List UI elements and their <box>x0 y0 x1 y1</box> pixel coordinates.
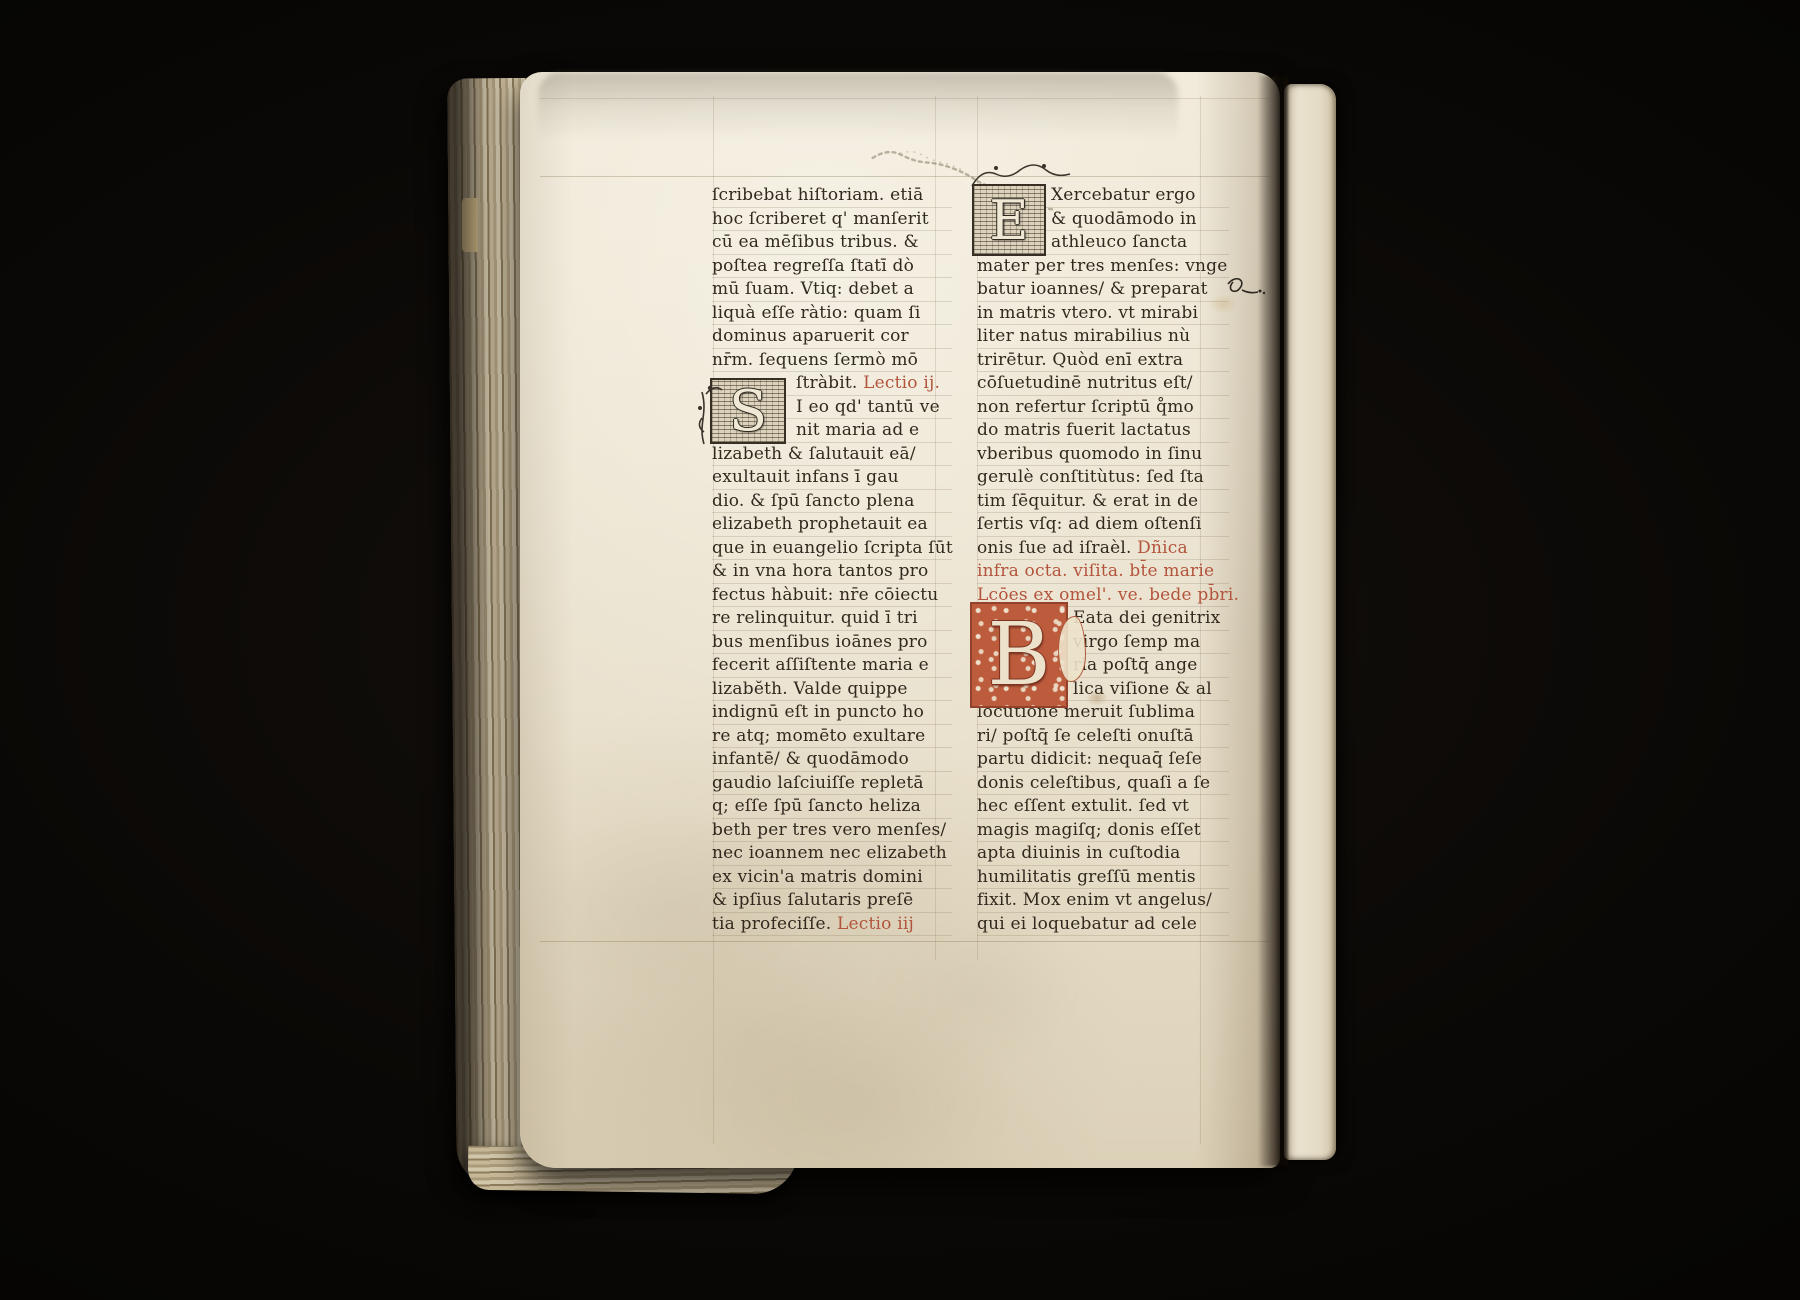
rubric-text: Dñica <box>1137 538 1188 558</box>
text-line: onis ſue ad iſraèl. Dñica <box>977 537 1229 561</box>
text-line: bus menſibus ioānes pro <box>712 631 952 655</box>
body-text: q; eſſe ſpū ſancto heliza <box>712 796 921 816</box>
body-text: poſtea regreſſa ſtatī dò <box>712 256 914 276</box>
rubric-text: Lectio ij. <box>863 373 940 393</box>
body-text: Eata dei genitrix <box>1073 608 1220 628</box>
body-text: non refertur ſcriptū q̊mo <box>977 397 1194 417</box>
body-text: dio. & ſpū ſancto plena <box>712 491 915 511</box>
body-text: & ipſius ſalutaris preſē <box>712 890 913 910</box>
text-line: poſtea regreſſa ſtatī dò <box>712 255 952 279</box>
text-line: batur ioannes/ & preparat <box>977 278 1229 302</box>
decorated-initial-S: S <box>710 378 786 444</box>
text-line: re relinquitur. quid ī tri <box>712 607 952 631</box>
body-text: trirētur. Quòd enī extra <box>977 350 1183 370</box>
ruling-line-top-margin <box>540 98 1270 99</box>
marginal-flourish <box>1226 272 1266 298</box>
text-line: gaudio laſciuiſſe repletā <box>712 772 952 796</box>
text-column-right: Xercebatur ergo& quodāmodo inathleuco ſa… <box>977 184 1229 936</box>
body-text: que in euangelio ſcripta ſūt <box>712 538 953 558</box>
text-line: trirētur. Quòd enī extra <box>977 349 1229 373</box>
text-line: lizabĕth. Valde quippe <box>712 678 952 702</box>
body-text: batur ioannes/ & preparat <box>977 279 1208 299</box>
body-text: indignū eſt in puncto ho <box>712 702 924 722</box>
initial-letter: S <box>729 379 767 444</box>
body-text: mū ſuam. Vtiq: debet a <box>712 279 914 299</box>
body-text: nr̄m. ſequens ſermò mō <box>712 350 918 370</box>
manuscript-page: ſcribebat hiſtoriam. etiāhoc ſcriberet q… <box>520 72 1280 1168</box>
body-text: bus menſibus ioānes pro <box>712 632 928 652</box>
text-line: humilitatis greſſū mentis <box>977 866 1229 890</box>
body-text: tim ſēquitur. & erat in de <box>977 491 1198 511</box>
body-text: lizabeth & ſalutauit eā/ <box>712 444 916 464</box>
text-line: ri/ poſtq̄ ſe celeſti onuſtā <box>977 725 1229 749</box>
text-line: que in euangelio ſcripta ſūt <box>712 537 952 561</box>
rubric-text: infra octa. viſita. bt̄e marie <box>977 561 1214 581</box>
text-line: gerulè conſtitùtus: ſed ſta <box>977 466 1229 490</box>
body-text: beth per tres vero menſes/ <box>712 820 946 840</box>
text-line: lizabeth & ſalutauit eā/ <box>712 443 952 467</box>
body-text: donis celeſtibus, quaſi a ſe <box>977 773 1210 793</box>
body-text: elizabeth prophetauit ea <box>712 514 928 534</box>
body-text: apta diuinis in cuſtodia <box>977 843 1180 863</box>
text-line: mū ſuam. Vtiq: debet a <box>712 278 952 302</box>
text-line: cū ea mēſibus tribus. & <box>712 231 952 255</box>
text-line: nr̄m. ſequens ſermò mō <box>712 349 952 373</box>
text-line: infra octa. viſita. bt̄e marie <box>977 560 1229 584</box>
text-line: q; eſſe ſpū ſancto heliza <box>712 795 952 819</box>
body-text: liquà eſſe ràtio: quam ſi <box>712 303 920 323</box>
body-text: fixit. Mox enim vt angelus/ <box>977 890 1212 910</box>
text-line: nec ioannem nec elizabeth <box>712 842 952 866</box>
text-line: dio. & ſpū ſancto plena <box>712 490 952 514</box>
body-text: re relinquitur. quid ī tri <box>712 608 918 628</box>
text-line: & in vna hora tantos pro <box>712 560 952 584</box>
body-text: fecerit aſſiſtente maria e <box>712 655 929 675</box>
body-text: exultauit infans ī gau <box>712 467 899 487</box>
decorated-initial-E: E <box>972 184 1046 256</box>
body-text: ri/ poſtq̄ ſe celeſti onuſtā <box>977 726 1194 746</box>
text-line: re atq; momēto exultare <box>712 725 952 749</box>
text-line: fectus hàbuit: nr̄e cōiectu <box>712 584 952 608</box>
body-text: lizabĕth. Valde quippe <box>712 679 908 699</box>
text-line: cōſuetudinē nutritus eſt/ <box>977 372 1229 396</box>
text-line: partu didicit: nequaq̄ ſeſe <box>977 748 1229 772</box>
text-line: ex vicin'a matris domini <box>712 866 952 890</box>
text-line: hec eſſent extulit. ſed vt <box>977 795 1229 819</box>
body-text: lica viſione & al <box>1073 679 1212 699</box>
text-line: dominus aparuerit cor <box>712 325 952 349</box>
text-line: fecerit aſſiſtente maria e <box>712 654 952 678</box>
body-text: tia profeciſſe. <box>712 914 837 934</box>
body-text: ex vicin'a matris domini <box>712 867 923 887</box>
body-text: cū ea mēſibus tribus. & <box>712 232 919 252</box>
text-line: in matris vtero. vt mirabi <box>977 302 1229 326</box>
body-text: ſertis vſq: ad diem oſtenſi <box>977 514 1202 534</box>
text-line: apta diuinis in cuſtodia <box>977 842 1229 866</box>
facing-page-edge <box>1284 84 1336 1160</box>
body-text: do matris fuerit lactatus <box>977 420 1191 440</box>
ruling-line-text-bottom <box>540 941 1270 942</box>
text-line: fixit. Mox enim vt angelus/ <box>977 889 1229 913</box>
body-text: athleuco ſancta <box>1051 232 1187 252</box>
text-line: mater per tres menſes: vnge <box>977 255 1229 279</box>
body-text: ſtràbit. <box>796 373 863 393</box>
text-line: magis magiſq; donis eſſet <box>977 819 1229 843</box>
body-text: hec eſſent extulit. ſed vt <box>977 796 1189 816</box>
text-line: vberibus quomodo in ſinu <box>977 443 1229 467</box>
rubric-text: Lectio iij <box>837 914 914 934</box>
body-text: qui ei loquebatur ad cele <box>977 914 1197 934</box>
body-text: & quodāmodo in <box>1051 209 1197 229</box>
body-text: I eo qd' tantū ve <box>796 397 940 417</box>
body-text: humilitatis greſſū mentis <box>977 867 1196 887</box>
decorated-initial-B: B <box>970 602 1068 708</box>
body-text: infantē/ & quodāmodo <box>712 749 909 769</box>
body-text: & in vna hora tantos pro <box>712 561 928 581</box>
text-line: ſertis vſq: ad diem oſtenſi <box>977 513 1229 537</box>
text-line: elizabeth prophetauit ea <box>712 513 952 537</box>
text-line: tim ſēquitur. & erat in de <box>977 490 1229 514</box>
body-text: liter natus mirabilius nù <box>977 326 1190 346</box>
text-column-left: ſcribebat hiſtoriam. etiāhoc ſcriberet q… <box>712 184 952 936</box>
body-text: re atq; momēto exultare <box>712 726 925 746</box>
text-line: exultauit infans ī gau <box>712 466 952 490</box>
text-line: hoc ſcriberet q' manſerit <box>712 208 952 232</box>
initial-letter: E <box>989 189 1028 252</box>
body-text: vberibus quomodo in ſinu <box>977 444 1202 464</box>
body-text: nec ioannem nec elizabeth <box>712 843 947 863</box>
text-line: non refertur ſcriptū q̊mo <box>977 396 1229 420</box>
body-text: fectus hàbuit: nr̄e cōiectu <box>712 585 938 605</box>
body-text: dominus aparuerit cor <box>712 326 909 346</box>
body-text: magis magiſq; donis eſſet <box>977 820 1201 840</box>
body-text: ria poſtq̄ ange <box>1073 655 1197 675</box>
body-text: partu didicit: nequaq̄ ſeſe <box>977 749 1202 769</box>
body-text: Xercebatur ergo <box>1051 185 1196 205</box>
manuscript-photograph: ſcribebat hiſtoriam. etiāhoc ſcriberet q… <box>0 0 1800 1300</box>
body-text: in matris vtero. vt mirabi <box>977 303 1198 323</box>
initial-letter: B <box>987 605 1050 705</box>
body-text: virgo ſemp ma <box>1073 632 1200 652</box>
text-line: infantē/ & quodāmodo <box>712 748 952 772</box>
text-line: do matris fuerit lactatus <box>977 419 1229 443</box>
body-text: mater per tres menſes: vnge <box>977 256 1228 276</box>
text-line: indignū eſt in puncto ho <box>712 701 952 725</box>
body-text: onis ſue ad iſraèl. <box>977 538 1137 558</box>
text-line: beth per tres vero menſes/ <box>712 819 952 843</box>
body-text: gaudio laſciuiſſe repletā <box>712 773 924 793</box>
body-text: nit maria ad e <box>796 420 919 440</box>
text-line: & ipſius ſalutaris preſē <box>712 889 952 913</box>
body-text: hoc ſcriberet q' manſerit <box>712 209 929 229</box>
body-text: cōſuetudinē nutritus eſt/ <box>977 373 1193 393</box>
text-line: tia profeciſſe. Lectio iij <box>712 913 952 937</box>
body-text: gerulè conſtitùtus: ſed ſta <box>977 467 1204 487</box>
text-line: donis celeſtibus, quaſi a ſe <box>977 772 1229 796</box>
text-line: liter natus mirabilius nù <box>977 325 1229 349</box>
text-line: liquà eſſe ràtio: quam ſi <box>712 302 952 326</box>
text-line: qui ei loquebatur ad cele <box>977 913 1229 937</box>
top-edge-grime <box>538 72 1178 162</box>
fore-edge-tab <box>462 198 478 252</box>
text-line: ſcribebat hiſtoriam. etiā <box>712 184 952 208</box>
body-text: ſcribebat hiſtoriam. etiā <box>712 185 923 205</box>
